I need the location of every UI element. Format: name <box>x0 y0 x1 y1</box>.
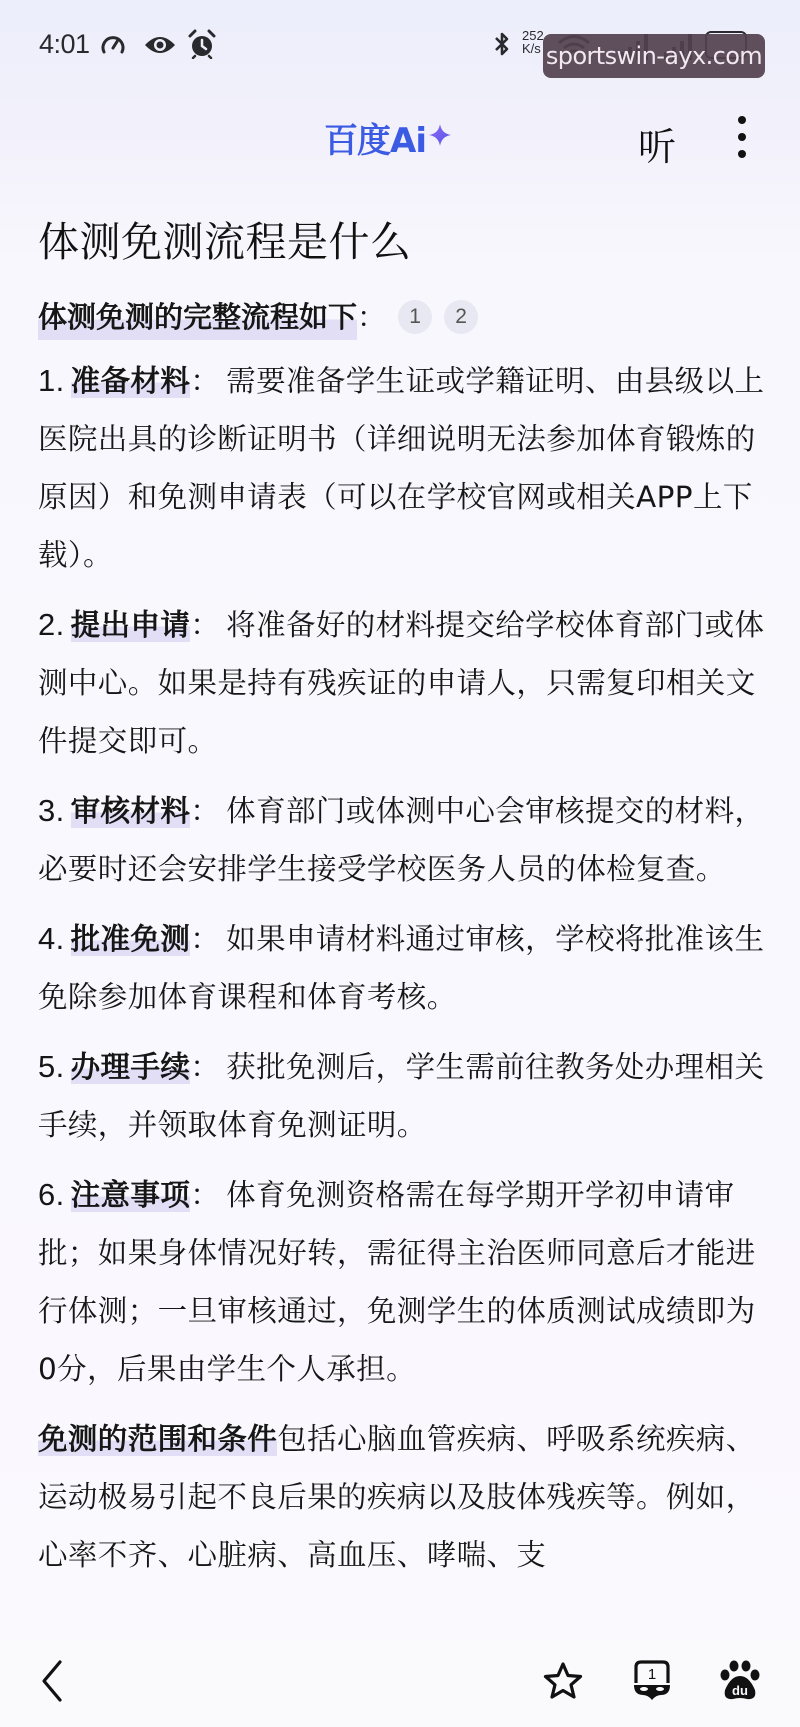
page-title: 体测免测流程是什么 <box>38 212 768 272</box>
scope-paragraph: 免测的范围和条件包括心脑血管疾病、呼吸系统疾病、运动极易引起不良后果的疾病以及肢… <box>38 1410 768 1584</box>
listen-button[interactable]: 听 <box>638 116 676 171</box>
step-item: 5.办理手续：获批免测后，学生需前往教务处办理相关手续，并领取体育免测证明。 <box>38 1038 768 1154</box>
star-icon <box>542 1660 584 1702</box>
answer-content: 体测免测流程是什么 体测免测的完整流程如下： 1 2 1.准备材料：需要准备学生… <box>38 212 768 1584</box>
more-vertical-icon <box>730 114 754 160</box>
step-label: 提出申请 <box>71 608 191 642</box>
step-number: 6. <box>38 1177 65 1212</box>
back-button[interactable] <box>30 1658 76 1704</box>
intro-text: 体测免测的完整流程如下 <box>38 294 357 340</box>
network-speed: 252 K/s <box>522 29 544 55</box>
sparkle-icon <box>429 124 451 150</box>
step-colon: ： <box>190 364 220 398</box>
scope-label: 免测的范围和条件 <box>38 1422 277 1456</box>
baidu-ai-logo: 百度Ai <box>324 117 451 157</box>
step-colon: ： <box>190 1050 220 1084</box>
step-item: 2.提出申请：将准备好的材料提交给学校体育部门或体测中心。如果是持有残疾证的申请… <box>38 596 768 770</box>
watermark-overlay: sportswin-ayx.com <box>543 34 765 78</box>
answer-intro: 体测免测的完整流程如下： 1 2 <box>38 294 768 340</box>
step-colon: ： <box>190 608 220 642</box>
eye-icon <box>143 33 177 61</box>
step-number: 5. <box>38 1049 65 1084</box>
step-number: 2. <box>38 607 65 642</box>
bluetooth-icon <box>493 30 511 64</box>
steps-list: 1.准备材料：需要准备学生证或学籍证明、由县级以上医院出具的诊断证明书（详细说明… <box>38 352 768 1584</box>
step-item: 4.批准免测：如果申请材料通过审核，学校将批准该生免除参加体育课程和体育考核。 <box>38 910 768 1026</box>
step-label: 审核材料 <box>71 794 191 828</box>
alarm-icon <box>188 29 216 63</box>
baidu-paw-icon: du <box>719 1660 761 1702</box>
step-colon: ： <box>190 922 220 956</box>
tabs-button[interactable]: 1 <box>629 1658 675 1704</box>
step-number: 1. <box>38 363 65 398</box>
citation-badge-1[interactable]: 1 <box>398 300 432 334</box>
step-label: 准备材料 <box>71 364 191 398</box>
tabs-count: 1 <box>648 1666 656 1683</box>
step-label: 办理手续 <box>71 1050 191 1084</box>
favorite-button[interactable] <box>540 1658 586 1704</box>
speedometer-icon <box>99 31 127 63</box>
step-item: 3.审核材料：体育部门或体测中心会审核提交的材料，必要时还会安排学生接受学校医务… <box>38 782 768 898</box>
baidu-home-button[interactable]: du <box>717 1658 763 1704</box>
chevron-left-icon <box>38 1659 68 1703</box>
incognito-tabs-icon: 1 <box>631 1659 673 1703</box>
more-options-button[interactable] <box>730 114 754 160</box>
citation-badge-2[interactable]: 2 <box>444 300 478 334</box>
step-colon: ： <box>190 794 220 828</box>
step-colon: ： <box>190 1178 220 1212</box>
step-label: 注意事项 <box>71 1178 191 1212</box>
logo-text: 百度Ai <box>324 113 426 162</box>
intro-colon: ： <box>357 294 386 340</box>
step-number: 4. <box>38 921 65 956</box>
bottom-nav-bar: 1 du <box>0 1640 800 1727</box>
status-bar: 4:01 252 K/s sportswin-ayx.com <box>0 0 800 90</box>
baidu-icon-text: du <box>732 1683 748 1698</box>
step-label: 批准免测 <box>71 922 191 956</box>
status-time: 4:01 <box>39 29 90 60</box>
step-item: 1.准备材料：需要准备学生证或学籍证明、由县级以上医院出具的诊断证明书（详细说明… <box>38 352 768 584</box>
step-item: 6.注意事项：体育免测资格需在每学期开学初申请审批；如果身体情况好转，需征得主治… <box>38 1166 768 1398</box>
step-number: 3. <box>38 793 65 828</box>
